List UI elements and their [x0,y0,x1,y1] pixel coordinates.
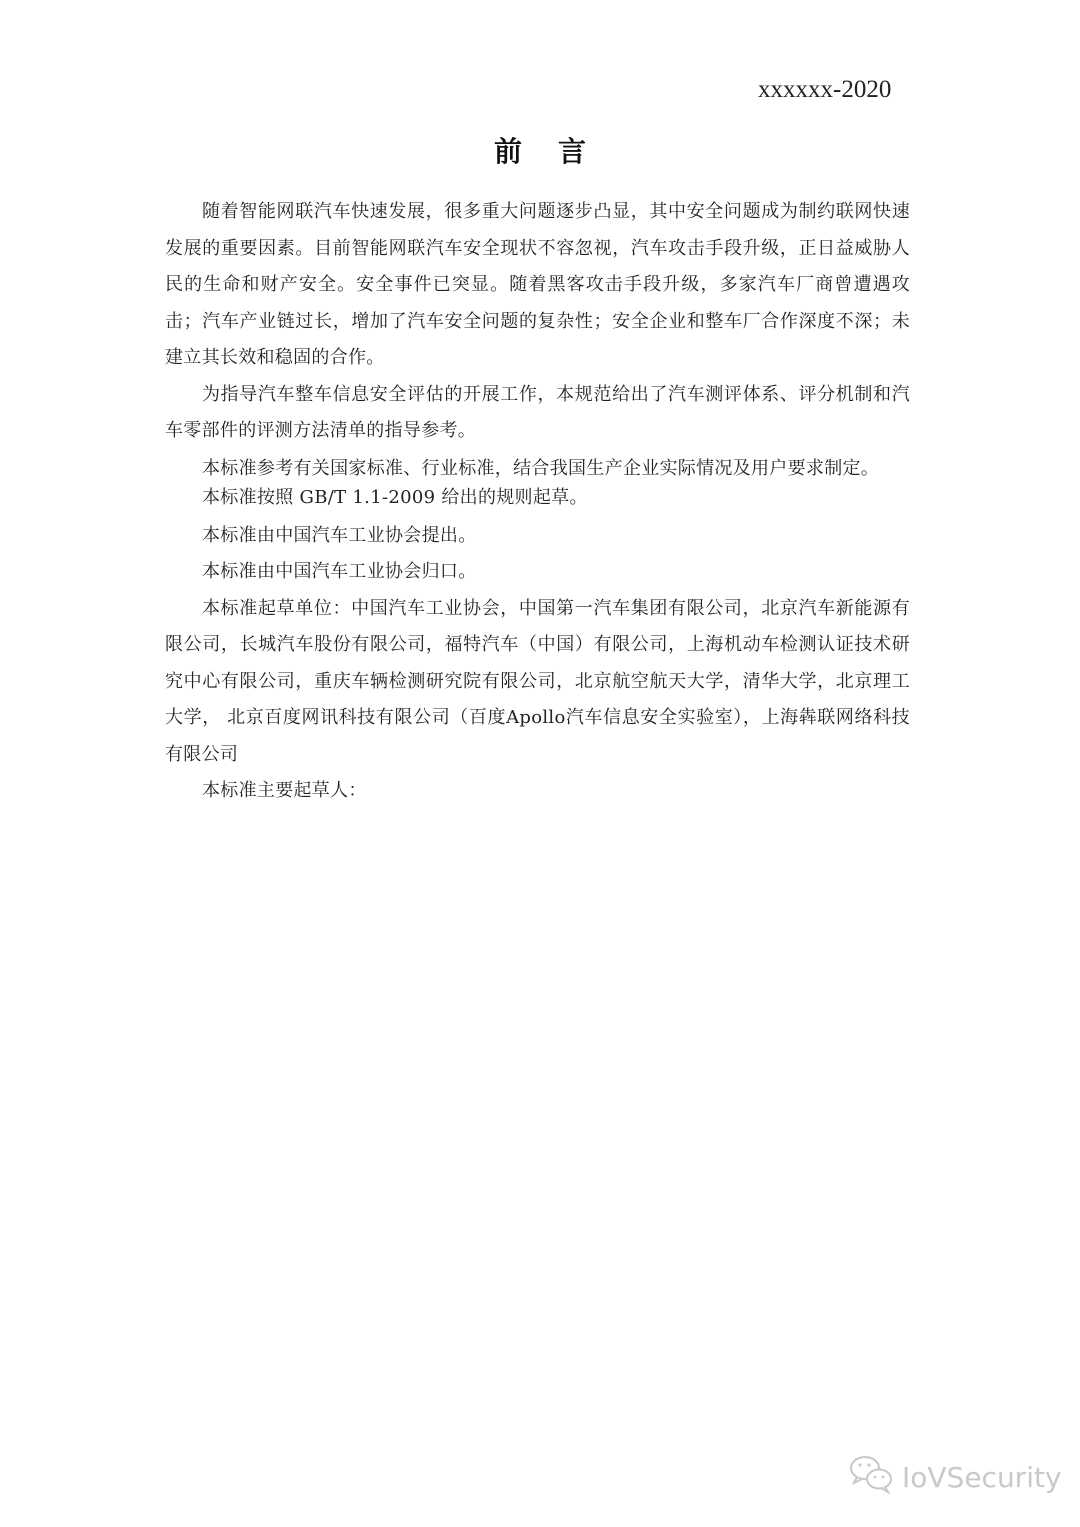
watermark-text: IoVSecurity [902,1461,1062,1494]
paragraph-purpose: 为指导汽车整车信息安全评估的开展工作，本规范给出了汽车测评体系、评分机制和汽车零… [165,377,910,450]
paragraph-background: 随着智能网联汽车快速发展，很多重大问题逐步凸显，其中安全问题成为制约联网快速发展… [165,194,910,377]
paragraph-drafting-rules: 本标准按照 GB/T 1.1-2009 给出的规则起草。 [165,483,910,512]
paragraph-proposed-by: 本标准由中国汽车工业协会提出。 [165,518,910,555]
document-body: 随着智能网联汽车快速发展，很多重大问题逐步凸显，其中安全问题成为制约联网快速发展… [165,194,910,810]
paragraph-managed-by: 本标准由中国汽车工业协会归口。 [165,554,910,591]
watermark: IoVSecurity [848,1452,1062,1503]
document-code: xxxxxx-2020 [758,76,891,104]
wechat-icon [848,1452,896,1503]
paragraph-reference: 本标准参考有关国家标准、行业标准，结合我国生产企业实际情况及用户要求制定。 [165,454,910,483]
page-title: 前言 [0,130,1080,170]
paragraph-main-drafters: 本标准主要起草人： [165,773,910,810]
paragraph-drafting-units: 本标准起草单位：中国汽车工业协会，中国第一汽车集团有限公司，北京汽车新能源有限公… [165,591,910,774]
